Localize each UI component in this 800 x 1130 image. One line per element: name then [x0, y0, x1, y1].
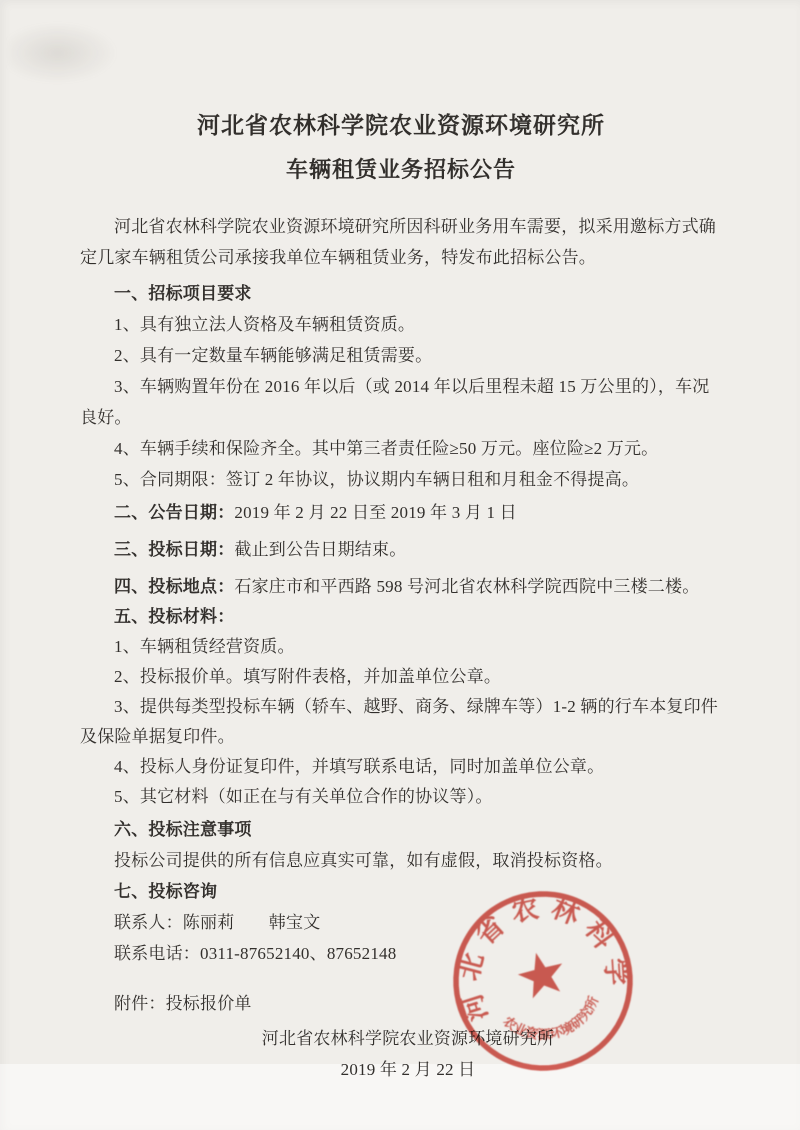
section-2-value: 2019 年 2 月 22 日至 2019 年 3 月 1 日	[234, 503, 516, 522]
intro-paragraph: 河北省农林科学院农业资源环境研究所因科研业务用车需要，拟采用邀标方式确定几家车辆…	[80, 211, 722, 273]
document-content: 河北省农林科学院农业资源环境研究所 车辆租赁业务招标公告 河北省农林科学院农业资…	[80, 0, 722, 1085]
section-1-item-5: 5、合同期限：签订 2 年协议，协议期内车辆日租和月租金不得提高。	[80, 464, 722, 495]
section-4-value: 石家庄市和平西路 598 号河北省农林科学院西院中三楼二楼。	[234, 577, 699, 596]
section-5-item-3: 3、提供每类型投标车辆（轿车、越野、商务、绿牌车等）1-2 辆的行车本复印件及保…	[80, 692, 722, 752]
section-3-heading: 三、投标日期：	[114, 540, 234, 559]
section-4-line: 四、投标地点：石家庄市和平西路 598 号河北省农林科学院西院中三楼二楼。	[80, 571, 722, 602]
section-1-heading: 一、招标项目要求	[80, 278, 722, 309]
page-subtitle: 车辆租赁业务招标公告	[80, 155, 722, 185]
page-title: 河北省农林科学院农业资源环境研究所	[80, 110, 722, 142]
attachment-line: 附件：投标报价单	[80, 988, 722, 1019]
section-1-item-1: 1、具有独立法人资格及车辆租赁资质。	[80, 309, 722, 340]
section-5: 五、投标材料： 1、车辆租赁经营资质。 2、投标报价单。填写附件表格，并加盖单位…	[80, 602, 722, 812]
section-7-heading: 七、投标咨询	[80, 876, 722, 907]
signature-org: 河北省农林科学院农业资源环境研究所	[258, 1023, 558, 1054]
section-5-item-4: 4、投标人身份证复印件，并填写联系电话，同时加盖单位公章。	[80, 752, 722, 782]
signature-date: 2019 年 2 月 22 日	[258, 1054, 558, 1085]
section-2-heading: 二、公告日期：	[114, 503, 234, 522]
section-1-item-4: 4、车辆手续和保险齐全。其中第三者责任险≥50 万元。座位险≥2 万元。	[80, 433, 722, 464]
contact-phone-line: 联系电话：0311-87652140、87652148	[80, 938, 722, 969]
scanned-document-page: 河北省农林科学院农业资源环境研究所 车辆租赁业务招标公告 河北省农林科学院农业资…	[0, 0, 800, 1130]
section-5-item-1: 1、车辆租赁经营资质。	[80, 632, 722, 662]
section-1-item-3: 3、车辆购置年份在 2016 年以后（或 2014 年以后里程未超 15 万公里…	[80, 371, 722, 433]
section-5-heading: 五、投标材料：	[80, 602, 722, 632]
section-3-value: 截止到公告日期结束。	[234, 540, 406, 559]
section-6-body: 投标公司提供的所有信息应真实可靠，如有虚假，取消投标资格。	[80, 845, 722, 876]
section-5-item-2: 2、投标报价单。填写附件表格，并加盖单位公章。	[80, 662, 722, 692]
section-1-item-2: 2、具有一定数量车辆能够满足租赁需要。	[80, 340, 722, 371]
signature-block: 河北省农林科学院农业资源环境研究所 2019 年 2 月 22 日	[258, 1023, 558, 1085]
section-6-heading: 六、投标注意事项	[80, 814, 722, 845]
section-4-heading: 四、投标地点：	[114, 577, 234, 596]
section-5-item-5: 5、其它材料（如正在与有关单位合作的协议等）。	[80, 782, 722, 812]
section-3-line: 三、投标日期：截止到公告日期结束。	[80, 534, 722, 565]
contact-person-line: 联系人：陈丽莉 韩宝文	[80, 907, 722, 938]
section-2-line: 二、公告日期：2019 年 2 月 22 日至 2019 年 3 月 1 日	[80, 497, 722, 528]
